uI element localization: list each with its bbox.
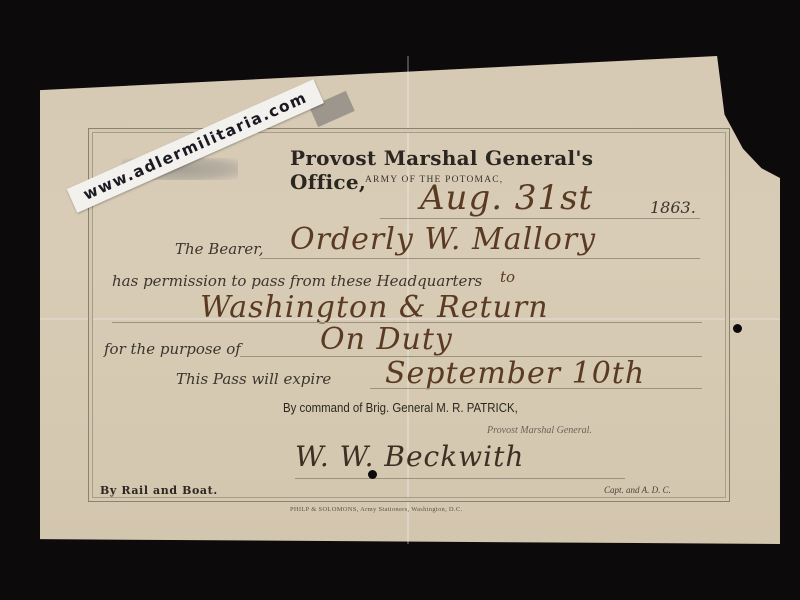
expire-line (370, 388, 702, 389)
destination-value: Washington & Return (200, 290, 549, 325)
signature-title: Capt. and A. D. C. (604, 485, 671, 495)
bearer-label: The Bearer, (175, 240, 264, 258)
printer-imprint: PHILP & SOLOMONS, Army Stationers, Washi… (290, 506, 462, 513)
signature-line (295, 478, 625, 479)
expire-value: September 10th (385, 356, 645, 391)
punch-hole (733, 324, 742, 333)
command-text: By command of Brig. General M. R. PATRIC… (283, 400, 518, 415)
bearer-value: Orderly W. Mallory (290, 222, 596, 257)
purpose-label: for the purpose of (104, 340, 241, 358)
expire-label: This Pass will expire (176, 370, 331, 388)
permission-label: has permission to pass from these Headqu… (112, 272, 482, 290)
signature: W. W. Beckwith (295, 440, 524, 473)
handwritten-date: Aug. 31st (420, 178, 593, 218)
printed-year: 1863. (650, 198, 696, 217)
transport-text: By Rail and Boat. (100, 484, 218, 497)
bearer-line (260, 258, 700, 259)
punch-hole (368, 470, 377, 479)
purpose-value: On Duty (320, 322, 453, 357)
date-line (380, 218, 700, 219)
permission-suffix: to (500, 268, 515, 286)
officer-title: Provost Marshal General. (487, 425, 592, 436)
